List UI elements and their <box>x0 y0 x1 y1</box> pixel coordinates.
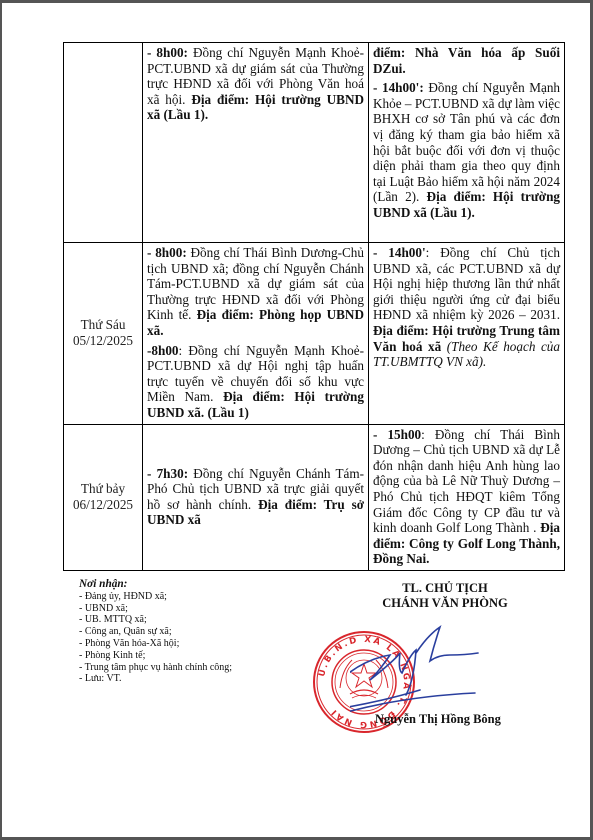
recipient-item: - UBND xã; <box>79 603 232 615</box>
signature-title-line2: CHÁNH VĂN PHÒNG <box>330 596 560 611</box>
recipient-item: - Công an, Quân sự xã; <box>79 626 232 638</box>
day-cell: Thứ Sáu05/12/2025 <box>64 243 143 425</box>
event-text: - 14h00' <box>373 245 426 260</box>
event-text: điểm: Nhà Văn hóa ấp Suối DZui. <box>373 45 560 76</box>
event-text: - 8h00: <box>147 45 193 60</box>
schedule-event: - 8h00: Đồng chí Nguyễn Mạnh Khoẻ-PCT.UB… <box>147 45 364 123</box>
signature-block: TL. CHỦ TỊCH CHÁNH VĂN PHÒNG <box>330 581 560 611</box>
afternoon-events-cell: điểm: Nhà Văn hóa ấp Suối DZui.- 14h00':… <box>369 43 565 243</box>
schedule-event: - 15h00: Đồng chí Thái Bình Dương – Chủ … <box>373 427 560 567</box>
day-cell: Thứ bảy06/12/2025 <box>64 424 143 570</box>
signature-title-line1: TL. CHỦ TỊCH <box>330 581 560 596</box>
event-text: - 8h00: <box>147 245 191 260</box>
day-date: 06/12/2025 <box>68 497 138 513</box>
schedule-event: - 14h00': Đồng chí Chủ tịch UBND xã, các… <box>373 245 560 370</box>
recipient-item: - Đảng ủy, HĐND xã; <box>79 591 232 603</box>
day-date: 05/12/2025 <box>68 333 138 349</box>
event-text: Đồng chí Nguyễn Mạnh Khỏe – PCT.UBND xã … <box>373 80 560 204</box>
recipient-item: - Phòng Kinh tế; <box>79 650 232 662</box>
day-cell <box>64 43 143 243</box>
event-text: : Đồng chí Thái Bình Dương – Chủ tịch UB… <box>373 427 560 536</box>
event-text: - 15h00 <box>373 427 421 442</box>
recipients-block: Nơi nhận: - Đảng ủy, HĐND xã;- UBND xã;-… <box>79 579 232 685</box>
schedule-event: điểm: Nhà Văn hóa ấp Suối DZui. <box>373 45 560 76</box>
event-text: - 7h30: <box>147 466 193 481</box>
event-text: -8h00 <box>147 343 179 358</box>
day-name: Thứ bảy <box>68 481 138 497</box>
schedule-row: Thứ bảy06/12/2025- 7h30: Đồng chí Nguyễn… <box>64 424 565 570</box>
recipient-item: - Phòng Văn hóa-Xã hội; <box>79 638 232 650</box>
afternoon-events-cell: - 15h00: Đồng chí Thái Bình Dương – Chủ … <box>369 424 565 570</box>
recipient-item: - Lưu: VT. <box>79 673 232 685</box>
schedule-event: - 14h00': Đồng chí Nguyễn Mạnh Khỏe – PC… <box>373 80 560 220</box>
schedule-row: Thứ Sáu05/12/2025- 8h00: Đồng chí Thái B… <box>64 243 565 425</box>
signer-name: Nguyễn Thị Hồng Bông <box>375 712 501 727</box>
schedule-table: - 8h00: Đồng chí Nguyễn Mạnh Khoẻ-PCT.UB… <box>63 42 565 571</box>
morning-events-cell: - 8h00: Đồng chí Nguyễn Mạnh Khoẻ-PCT.UB… <box>143 43 369 243</box>
recipient-item: - Trung tâm phục vụ hành chính công; <box>79 662 232 674</box>
schedule-event: - 7h30: Đồng chí Nguyễn Chánh Tám-Phó Ch… <box>147 466 364 528</box>
handwritten-signature-icon <box>350 625 570 725</box>
morning-events-cell: - 8h00: Đồng chí Thái Bình Dương-Chủ tịc… <box>143 243 369 425</box>
schedule-event: - 8h00: Đồng chí Thái Bình Dương-Chủ tịc… <box>147 245 364 339</box>
recipients-list: - Đảng ủy, HĐND xã;- UBND xã;- UB. MTTQ … <box>79 591 232 685</box>
schedule-row: - 8h00: Đồng chí Nguyễn Mạnh Khoẻ-PCT.UB… <box>64 43 565 243</box>
recipient-item: - UB. MTTQ xã; <box>79 614 232 626</box>
day-name: Thứ Sáu <box>68 317 138 333</box>
morning-events-cell: - 7h30: Đồng chí Nguyễn Chánh Tám-Phó Ch… <box>143 424 369 570</box>
afternoon-events-cell: - 14h00': Đồng chí Chủ tịch UBND xã, các… <box>369 243 565 425</box>
schedule-event: -8h00: Đồng chí Nguyễn Mạnh Khoẻ-PCT.UBN… <box>147 343 364 421</box>
event-text: - 14h00': <box>373 80 428 95</box>
recipients-title: Nơi nhận: <box>79 579 232 591</box>
